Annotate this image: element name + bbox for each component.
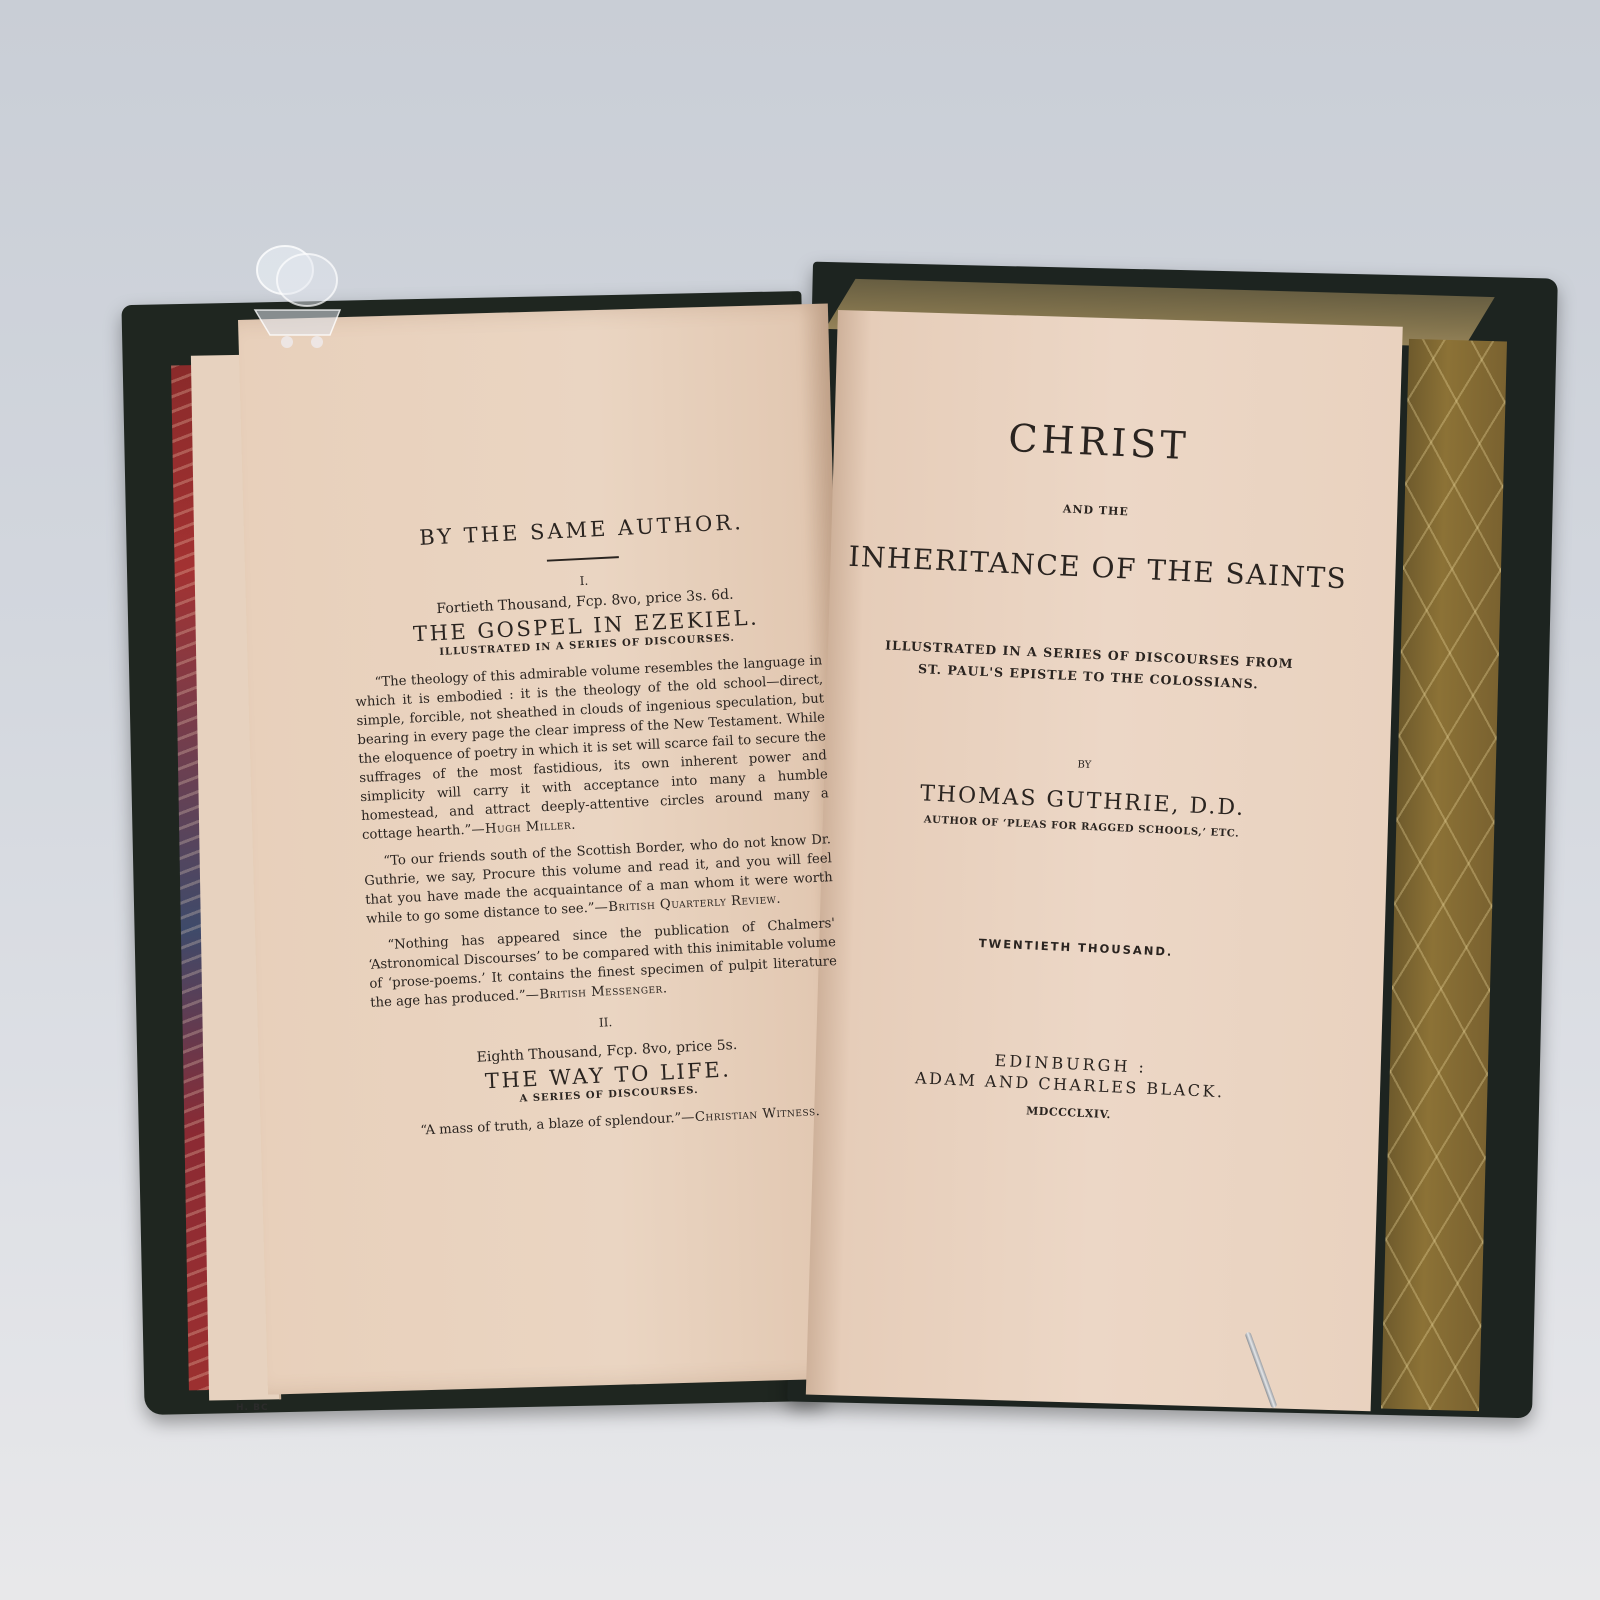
review-text: “The theology of this admirable volume r…	[355, 653, 829, 843]
edition-statement: TWENTIETH THOUSAND.	[831, 929, 1321, 965]
review-quote: “To our friends south of the Scottish Bo…	[357, 830, 840, 929]
review-text: “A mass of truth, a blaze of splendour.”	[420, 1111, 681, 1139]
byline-label: BY	[839, 749, 1329, 782]
review-source: —Christian Witness.	[681, 1104, 821, 1126]
review-source: —Hugh Miller.	[471, 818, 576, 838]
advert-heading: BY THE SAME AUTHOR.	[341, 506, 822, 553]
title-connector: AND THE	[851, 493, 1341, 528]
title-page-text: CHRIST AND THE INHERITANCE OF THE SAINTS…	[823, 409, 1344, 1131]
title-subtitle: ILLUSTRATED IN A SERIES OF DISCOURSES FR…	[843, 633, 1334, 699]
page-clip-icon	[245, 240, 355, 360]
review-quote: “The theology of this admirable volume r…	[348, 651, 836, 845]
flyleaf-bookseller-label: H. BC	[236, 1403, 269, 1413]
advert-work-2: II. Eighth Thousand, Fcp. 8vo, price 5s.…	[365, 1004, 850, 1143]
advert-page-text: BY THE SAME AUTHOR. I. Fortieth Thousand…	[340, 488, 851, 1151]
title-rest: INHERITANCE OF THE SAINTS	[848, 540, 1339, 595]
heading-rule	[547, 556, 619, 562]
review-source: —British Messenger.	[525, 981, 667, 1003]
review-quote: “Nothing has appeared since the publicat…	[361, 914, 844, 1013]
advert-work-1: I. Fortieth Thousand, Fcp. 8vo, price 3s…	[344, 562, 844, 1013]
